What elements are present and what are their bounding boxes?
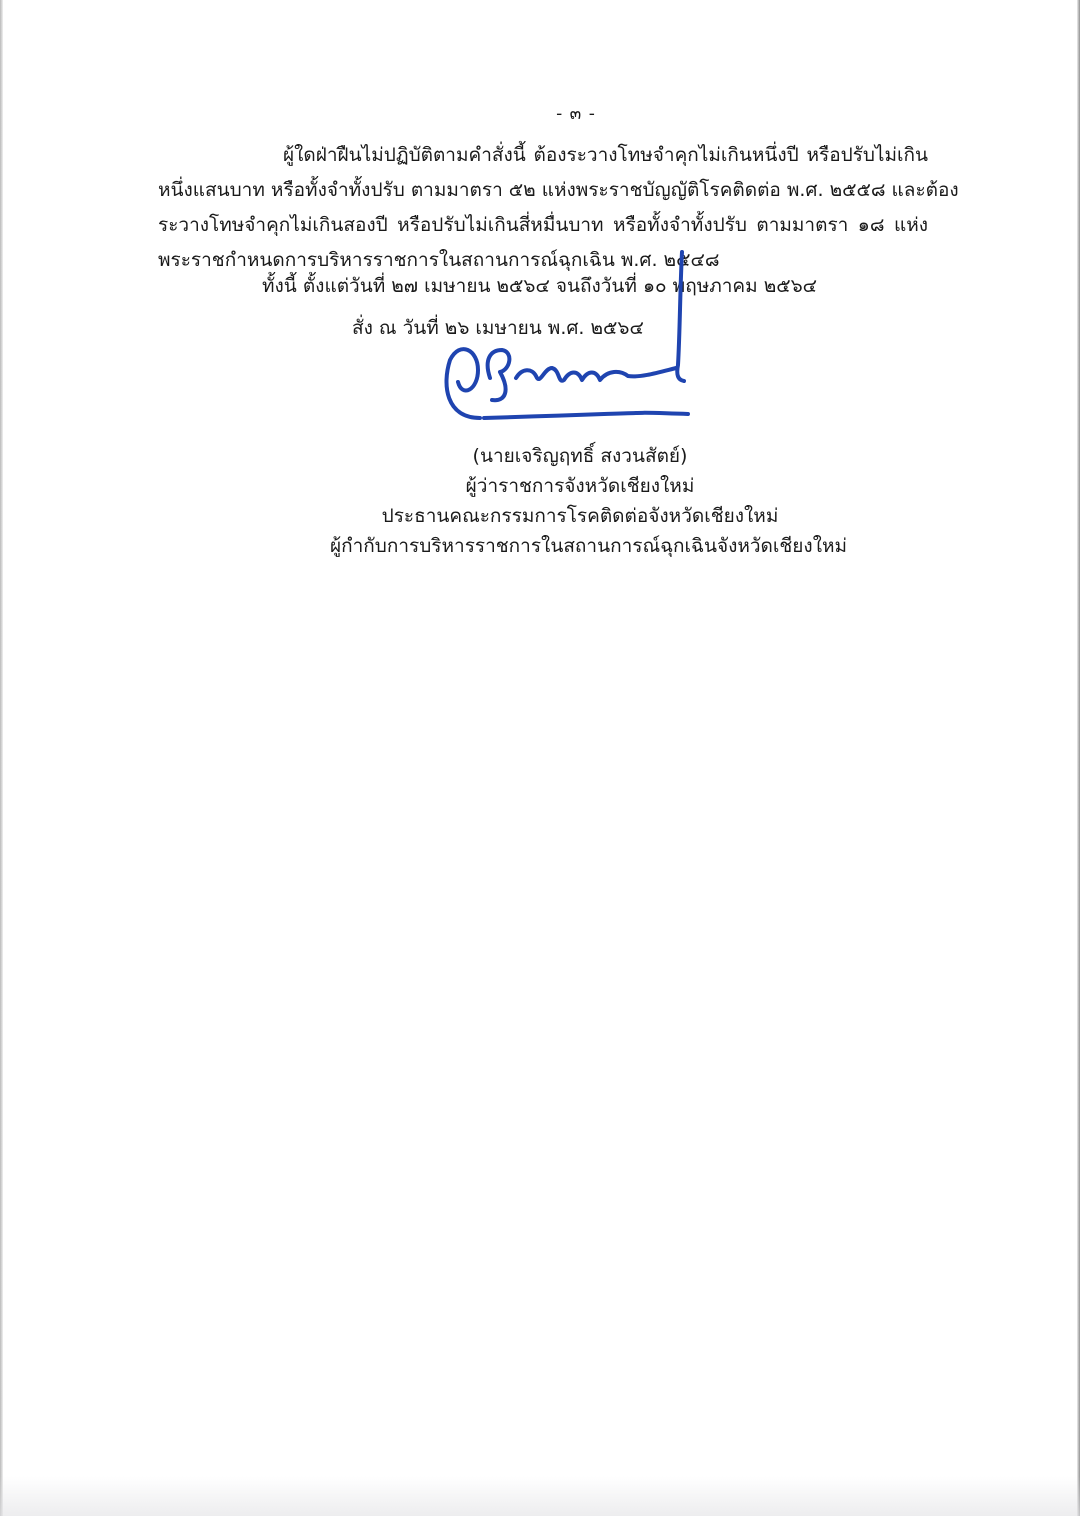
signature-mark bbox=[440, 250, 700, 430]
page-number: - ๓ - bbox=[0, 100, 1080, 127]
signer-title: ประธานคณะกรรมการโรคติดต่อจังหวัดเชียงใหม… bbox=[330, 501, 830, 531]
signer-title: ผู้กำกับการบริหารราชการในสถานการณ์ฉุกเฉิ… bbox=[330, 531, 830, 561]
signer-title: ผู้ว่าราชการจังหวัดเชียงใหม่ bbox=[330, 471, 830, 501]
paragraph-line: ผู้ใดฝ่าฝืนไม่ปฏิบัติตามคำสั่งนี้ ต้องระ… bbox=[158, 138, 928, 173]
document-page: - ๓ - ผู้ใดฝ่าฝืนไม่ปฏิบัติตามคำสั่งนี้ … bbox=[0, 0, 1080, 1516]
signer-name: (นายเจริญฤทธิ์ สงวนสัตย์) bbox=[330, 441, 830, 471]
paragraph-line: ระวางโทษจำคุกไม่เกินสองปี หรือปรับไม่เกิ… bbox=[158, 208, 928, 243]
paragraph-line: หนึ่งแสนบาท หรือทั้งจำทั้งปรับ ตามมาตรา … bbox=[158, 173, 928, 208]
scan-edge-left bbox=[0, 0, 3, 1516]
scan-shadow bbox=[0, 1476, 1080, 1516]
